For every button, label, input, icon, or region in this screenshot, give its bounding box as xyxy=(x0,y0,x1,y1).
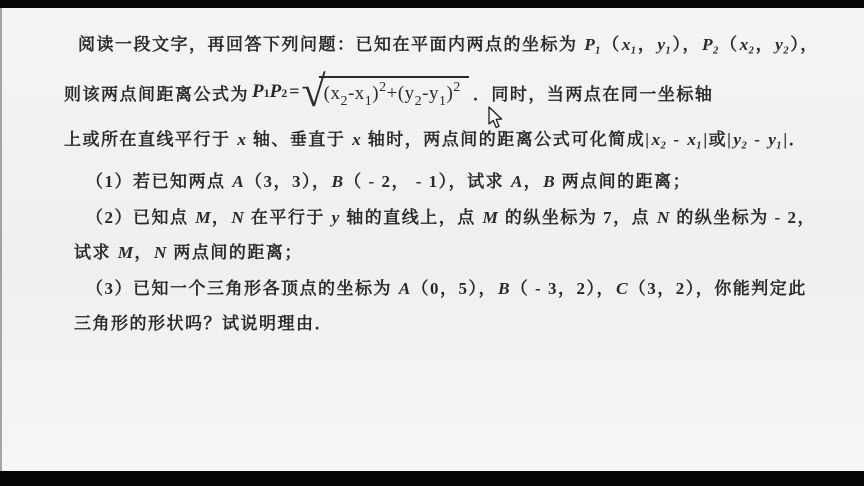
problem-statement-line-3: 上或所在直线平行于 x 轴、垂直于 x 轴时，两点间的距离公式可化简成|x₂ -… xyxy=(64,128,807,152)
formula-prefix: 则该两点间距离公式为 xyxy=(64,80,249,105)
document-page: 阅读一段文字，再回答下列问题：已知在平面内两点的坐标为 P₁（x₁，y₁），P₂… xyxy=(0,8,864,471)
formula-lhs: P1P2= xyxy=(252,81,299,103)
formula-suffix: ．同时，当两点在同一坐标轴 xyxy=(473,80,714,105)
question-2-line-2: 试求 M，N 两点间的距离； xyxy=(74,241,303,265)
formula-line: 则该两点间距离公式为 P1P2= √ (x2-x1)2+(y2-y1)2 ．同时… xyxy=(64,68,713,116)
radicand: (x2-x1)2+(y2-y1)2 xyxy=(319,76,469,106)
page-left-edge-line xyxy=(0,8,2,471)
square-root-radical: √ (x2-x1)2+(y2-y1)2 xyxy=(301,75,468,109)
question-3-line-2: 三角形的形状吗？试说明理由． xyxy=(74,312,333,336)
video-frame: 阅读一段文字，再回答下列问题：已知在平面内两点的坐标为 P₁（x₁，y₁），P₂… xyxy=(0,0,864,486)
question-3-line-1: （3）已知一个三角形各顶点的坐标为 A（0，5），B（ - 3，2），C（3，2… xyxy=(86,277,807,301)
question-2-line-1: （2）已知点 M，N 在平行于 y 轴的直线上，点 M 的纵坐标为 7，点 N … xyxy=(86,206,816,230)
problem-statement-line-1: 阅读一段文字，再回答下列问题：已知在平面内两点的坐标为 P₁（x₁，y₁），P₂… xyxy=(78,33,819,57)
mouse-cursor-icon xyxy=(488,106,505,130)
question-1: （1）若已知两点 A（3，3），B（ - 2， - 1），试求 A，B 两点间的… xyxy=(86,170,691,194)
